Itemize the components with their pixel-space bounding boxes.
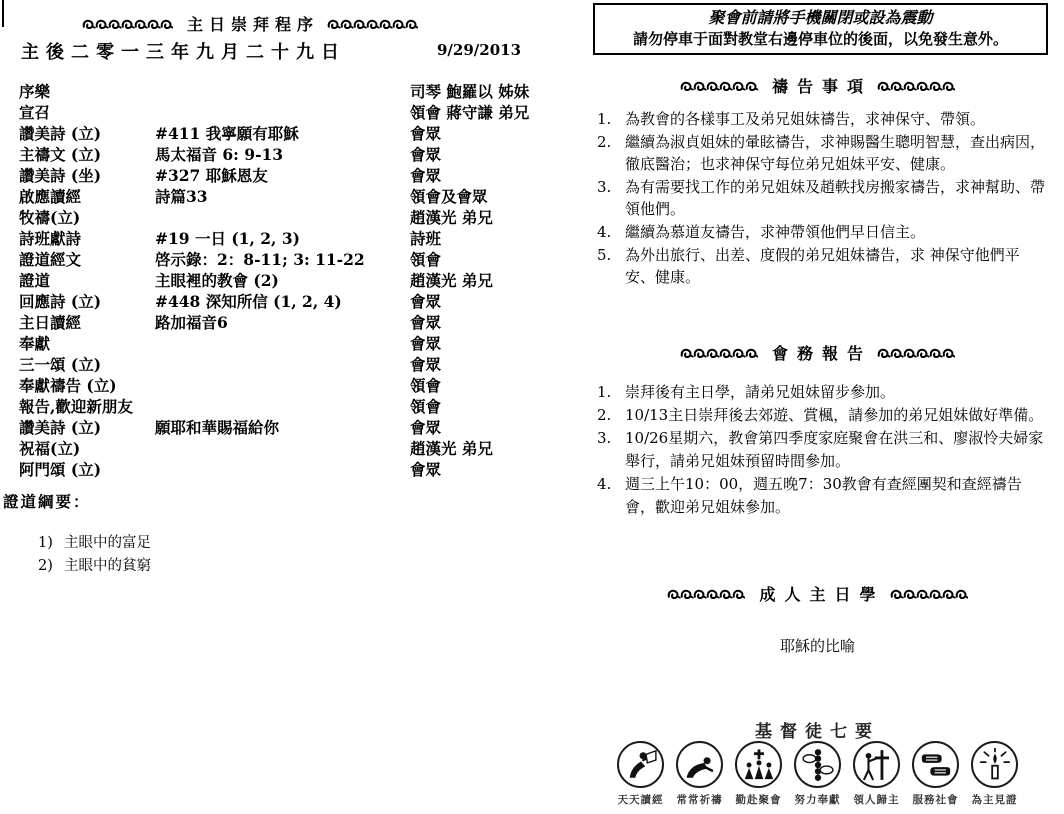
program-role: 會眾 bbox=[410, 333, 579, 354]
seven-item: 領人歸主 bbox=[847, 741, 906, 807]
program-row: 奉獻禱告 (立)領會 bbox=[19, 375, 579, 396]
list-item: 1.為教會的各樣事工及弟兄姐妹禱告，求神保守、帶領。 bbox=[597, 108, 1049, 131]
list-item: 3.10/26星期六，教會第四季度家庭聚會在洪三和、廖淑怜夫婦家舉行，請弟兄姐妹… bbox=[597, 427, 1049, 473]
program-detail: 主眼裡的教會 (2) bbox=[155, 270, 410, 291]
list-item-number: 1. bbox=[597, 108, 625, 131]
program-item: 讚美詩 (立) bbox=[19, 417, 155, 438]
program-row: 證道經文啓示錄：2：8-11; 3: 11-22領會 bbox=[19, 249, 579, 270]
list-item-number: 3. bbox=[597, 176, 625, 221]
page-title: 主日崇拜程序 bbox=[187, 12, 319, 35]
program-role: 會眾 bbox=[410, 144, 579, 165]
program-role: 詩班 bbox=[410, 228, 579, 249]
list-item: 2.10/13主日崇拜後去郊遊、賞楓，請參加的弟兄姐妹做好準備。 bbox=[597, 404, 1049, 427]
outline-item-text: 主眼中的貧窮 bbox=[64, 555, 151, 578]
scroll-ornament-icon bbox=[680, 347, 758, 359]
seven-essentials-title: 基督徒七要 bbox=[593, 717, 1042, 742]
program-detail bbox=[155, 438, 410, 459]
program-item: 阿門頌 (立) bbox=[19, 459, 155, 480]
list-item: 2.繼續為淑貞姐妹的暈眩禱告，求神賜醫生聰明智慧，查出病因，徹底醫治；也求神保守… bbox=[597, 131, 1049, 176]
program-row: 宣召領會 蔣守謙 弟兄 bbox=[19, 102, 579, 123]
scroll-ornament-icon bbox=[82, 18, 173, 30]
program-row: 序樂司琴 鮑羅以 姊妹 bbox=[19, 81, 579, 102]
program-detail: 詩篇33 bbox=[155, 186, 410, 207]
outline-item-text: 主眼中的富足 bbox=[64, 532, 151, 555]
seven-item-label: 常常祈禱 bbox=[677, 792, 723, 807]
sermon-outline-list: 1)主眼中的富足 2)主眼中的貧窮 bbox=[38, 532, 151, 577]
offering-icon bbox=[794, 741, 841, 788]
program-row: 牧禱(立)趙漢光 弟兄 bbox=[19, 207, 579, 228]
scroll-ornament-icon bbox=[890, 588, 968, 600]
notice-line-phones: 聚會前請將手機關閉或設為震動 bbox=[595, 7, 1046, 29]
list-item-text: 為教會的各樣事工及弟兄姐妹禱告，求神保守、帶領。 bbox=[625, 108, 1049, 131]
program-role: 會眾 bbox=[410, 165, 579, 186]
list-item-text: 週三上午10：00，週五晚7：30教會有查經團契和查經禱告會，歡迎弟兄姐妹參加。 bbox=[625, 473, 1049, 519]
list-item: 3.為有需要找工作的弟兄姐妹及趙軼找房搬家禱告，求神幫助、帶領他們。 bbox=[597, 176, 1049, 221]
program-item: 序樂 bbox=[19, 81, 155, 102]
seven-item-label: 領人歸主 bbox=[854, 792, 900, 807]
list-item-number: 3. bbox=[597, 427, 625, 473]
program-item: 三一頌 (立) bbox=[19, 354, 155, 375]
program-detail: 願耶和華賜福給你 bbox=[155, 417, 410, 438]
notice-line-parking: 請勿停車于面對教堂右邊停車位的後面，以免發生意外。 bbox=[595, 29, 1046, 50]
program-item: 主日讀經 bbox=[19, 312, 155, 333]
scroll-ornament-icon bbox=[877, 80, 955, 92]
program-item: 奉獻 bbox=[19, 333, 155, 354]
program-detail: #448 深知所信 (1, 2, 4) bbox=[155, 291, 410, 312]
date-chinese: 主後二零一三年九月二十九日 bbox=[21, 38, 346, 64]
program-role: 會眾 bbox=[410, 123, 579, 144]
program-role: 趙漢光 弟兄 bbox=[410, 270, 579, 291]
scroll-ornament-icon bbox=[327, 18, 418, 30]
prayer-heading-text: 禱告事項 bbox=[772, 74, 872, 97]
program-role: 司琴 鮑羅以 姊妹 bbox=[410, 81, 579, 102]
list-item-text: 為外出旅行、出差、度假的弟兄姐妹禱告，求 神保守他們平安、健康。 bbox=[625, 244, 1049, 289]
program-item: 詩班獻詩 bbox=[19, 228, 155, 249]
outline-item-number: 1) bbox=[38, 532, 64, 555]
outline-item: 2)主眼中的貧窮 bbox=[38, 555, 151, 578]
program-detail bbox=[155, 459, 410, 480]
notice-box: 聚會前請將手機關閉或設為震動 請勿停車于面對教堂右邊停車位的後面，以免發生意外。 bbox=[593, 3, 1048, 55]
program-row: 奉獻會眾 bbox=[19, 333, 579, 354]
list-item-text: 10/26星期六，教會第四季度家庭聚會在洪三和、廖淑怜夫婦家舉行，請弟兄姐妹預留… bbox=[625, 427, 1049, 473]
list-item-number: 5. bbox=[597, 244, 625, 289]
program-row: 阿門頌 (立)會眾 bbox=[19, 459, 579, 480]
program-row: 啟應讀經詩篇33領會及會眾 bbox=[19, 186, 579, 207]
program-row: 詩班獻詩#19 一日 (1, 2, 3)詩班 bbox=[19, 228, 579, 249]
program-row: 主禱文 (立)馬太福音 6: 9-13會眾 bbox=[19, 144, 579, 165]
program-row: 三一頌 (立)會眾 bbox=[19, 354, 579, 375]
program-item: 回應詩 (立) bbox=[19, 291, 155, 312]
seven-item-label: 天天讀經 bbox=[618, 792, 664, 807]
list-item-number: 1. bbox=[597, 381, 625, 404]
report-heading-text: 會務報告 bbox=[772, 341, 872, 364]
program-item: 奉獻禱告 (立) bbox=[19, 375, 155, 396]
program-item: 證道經文 bbox=[19, 249, 155, 270]
scroll-ornament-icon bbox=[667, 588, 745, 600]
program-item: 牧禱(立) bbox=[19, 207, 155, 228]
program-role: 領會 蔣守謙 弟兄 bbox=[410, 102, 579, 123]
pray-icon bbox=[676, 741, 723, 788]
program-row: 報告,歡迎新朋友領會 bbox=[19, 396, 579, 417]
program-detail: 啓示錄：2：8-11; 3: 11-22 bbox=[155, 249, 410, 270]
list-item-text: 繼續為慕道友禱告，求神帶領他們早日信主。 bbox=[625, 221, 1049, 244]
serve-society-icon bbox=[912, 741, 959, 788]
list-item: 4.繼續為慕道友禱告，求神帶領他們早日信主。 bbox=[597, 221, 1049, 244]
seven-item: 勤赴聚會 bbox=[729, 741, 788, 807]
outline-item-number: 2) bbox=[38, 555, 64, 578]
program-row: 讚美詩 (坐)#327 耶穌恩友會眾 bbox=[19, 165, 579, 186]
seven-item: 常常祈禱 bbox=[670, 741, 729, 807]
list-item-number: 2. bbox=[597, 131, 625, 176]
program-row: 讚美詩 (立)#411 我寧願有耶穌會眾 bbox=[19, 123, 579, 144]
program-detail: #327 耶穌恩友 bbox=[155, 165, 410, 186]
program-item: 宣召 bbox=[19, 102, 155, 123]
worship-program-header: 主日崇拜程序 bbox=[0, 12, 500, 35]
seven-item-label: 勤赴聚會 bbox=[736, 792, 782, 807]
program-role: 會眾 bbox=[410, 312, 579, 333]
attend-meeting-icon bbox=[735, 741, 782, 788]
program-role: 會眾 bbox=[410, 459, 579, 480]
scroll-ornament-icon bbox=[680, 80, 758, 92]
program-detail bbox=[155, 102, 410, 123]
seven-item-label: 為主見證 bbox=[972, 792, 1018, 807]
program-detail bbox=[155, 81, 410, 102]
sunday-school-heading-text: 成人主日學 bbox=[759, 582, 884, 605]
read-bible-icon bbox=[617, 741, 664, 788]
program-detail bbox=[155, 333, 410, 354]
program-row: 讚美詩 (立)願耶和華賜福給你會眾 bbox=[19, 417, 579, 438]
program-role: 領會 bbox=[410, 375, 579, 396]
program-item: 主禱文 (立) bbox=[19, 144, 155, 165]
program-row: 證道主眼裡的教會 (2)趙漢光 弟兄 bbox=[19, 270, 579, 291]
list-item-text: 為有需要找工作的弟兄姐妹及趙軼找房搬家禱告，求神幫助、帶領他們。 bbox=[625, 176, 1049, 221]
program-detail bbox=[155, 375, 410, 396]
sunday-school-topic: 耶穌的比喻 bbox=[593, 635, 1042, 656]
report-section-heading: 會務報告 bbox=[593, 341, 1042, 364]
report-list: 1.崇拜後有主日學，請弟兄姐妹留步參加。 2.10/13主日崇拜後去郊遊、賞楓，… bbox=[597, 381, 1049, 519]
list-item-number: 2. bbox=[597, 404, 625, 427]
seven-essentials-row: 天天讀經 常常祈禱 勤赴聚會 bbox=[611, 741, 1024, 807]
program-role: 領會 bbox=[410, 396, 579, 417]
program-row: 回應詩 (立)#448 深知所信 (1, 2, 4)會眾 bbox=[19, 291, 579, 312]
program-detail: #411 我寧願有耶穌 bbox=[155, 123, 410, 144]
seven-item: 為主見證 bbox=[965, 741, 1024, 807]
seven-item: 服務社會 bbox=[906, 741, 965, 807]
program-item: 讚美詩 (坐) bbox=[19, 165, 155, 186]
program-item: 報告,歡迎新朋友 bbox=[19, 396, 155, 417]
program-role: 趙漢光 弟兄 bbox=[410, 207, 579, 228]
program-row: 祝福(立)趙漢光 弟兄 bbox=[19, 438, 579, 459]
witness-icon bbox=[971, 741, 1018, 788]
seven-item: 努力奉獻 bbox=[788, 741, 847, 807]
program-detail bbox=[155, 396, 410, 417]
list-item: 4.週三上午10：00，週五晚7：30教會有查經團契和查經禱告會，歡迎弟兄姐妹參… bbox=[597, 473, 1049, 519]
program-role: 會眾 bbox=[410, 291, 579, 312]
worship-program-table: 序樂司琴 鮑羅以 姊妹 宣召領會 蔣守謙 弟兄 讚美詩 (立)#411 我寧願有… bbox=[19, 81, 579, 480]
list-item: 5.為外出旅行、出差、度假的弟兄姐妹禱告，求 神保守他們平安、健康。 bbox=[597, 244, 1049, 289]
list-item: 1.崇拜後有主日學，請弟兄姐妹留步參加。 bbox=[597, 381, 1049, 404]
program-item: 讚美詩 (立) bbox=[19, 123, 155, 144]
lead-to-christ-icon bbox=[853, 741, 900, 788]
prayer-section-heading: 禱告事項 bbox=[593, 74, 1042, 97]
program-role: 會眾 bbox=[410, 417, 579, 438]
date-western: 9/29/2013 bbox=[437, 41, 521, 59]
program-role: 領會 bbox=[410, 249, 579, 270]
list-item-number: 4. bbox=[597, 473, 625, 519]
program-detail bbox=[155, 354, 410, 375]
outline-item: 1)主眼中的富足 bbox=[38, 532, 151, 555]
program-row: 主日讀經路加福音6會眾 bbox=[19, 312, 579, 333]
program-detail bbox=[155, 207, 410, 228]
program-detail: #19 一日 (1, 2, 3) bbox=[155, 228, 410, 249]
scroll-ornament-icon bbox=[877, 347, 955, 359]
sermon-outline-heading: 證道綱要： bbox=[3, 490, 91, 512]
program-role: 領會及會眾 bbox=[410, 186, 579, 207]
seven-item-label: 努力奉獻 bbox=[795, 792, 841, 807]
list-item-number: 4. bbox=[597, 221, 625, 244]
program-item: 證道 bbox=[19, 270, 155, 291]
prayer-list: 1.為教會的各樣事工及弟兄姐妹禱告，求神保守、帶領。 2.繼續為淑貞姐妹的暈眩禱… bbox=[597, 108, 1049, 289]
seven-item: 天天讀經 bbox=[611, 741, 670, 807]
seven-item-label: 服務社會 bbox=[913, 792, 959, 807]
program-item: 啟應讀經 bbox=[19, 186, 155, 207]
list-item-text: 崇拜後有主日學，請弟兄姐妹留步參加。 bbox=[625, 381, 1049, 404]
sunday-school-section-heading: 成人主日學 bbox=[593, 582, 1042, 605]
list-item-text: 繼續為淑貞姐妹的暈眩禱告，求神賜醫生聰明智慧，查出病因，徹底醫治；也求神保守每位… bbox=[625, 131, 1049, 176]
program-item: 祝福(立) bbox=[19, 438, 155, 459]
program-role: 會眾 bbox=[410, 354, 579, 375]
program-role: 趙漢光 弟兄 bbox=[410, 438, 579, 459]
list-item-text: 10/13主日崇拜後去郊遊、賞楓，請參加的弟兄姐妹做好準備。 bbox=[625, 404, 1049, 427]
program-detail: 路加福音6 bbox=[155, 312, 410, 333]
program-detail: 馬太福音 6: 9-13 bbox=[155, 144, 410, 165]
